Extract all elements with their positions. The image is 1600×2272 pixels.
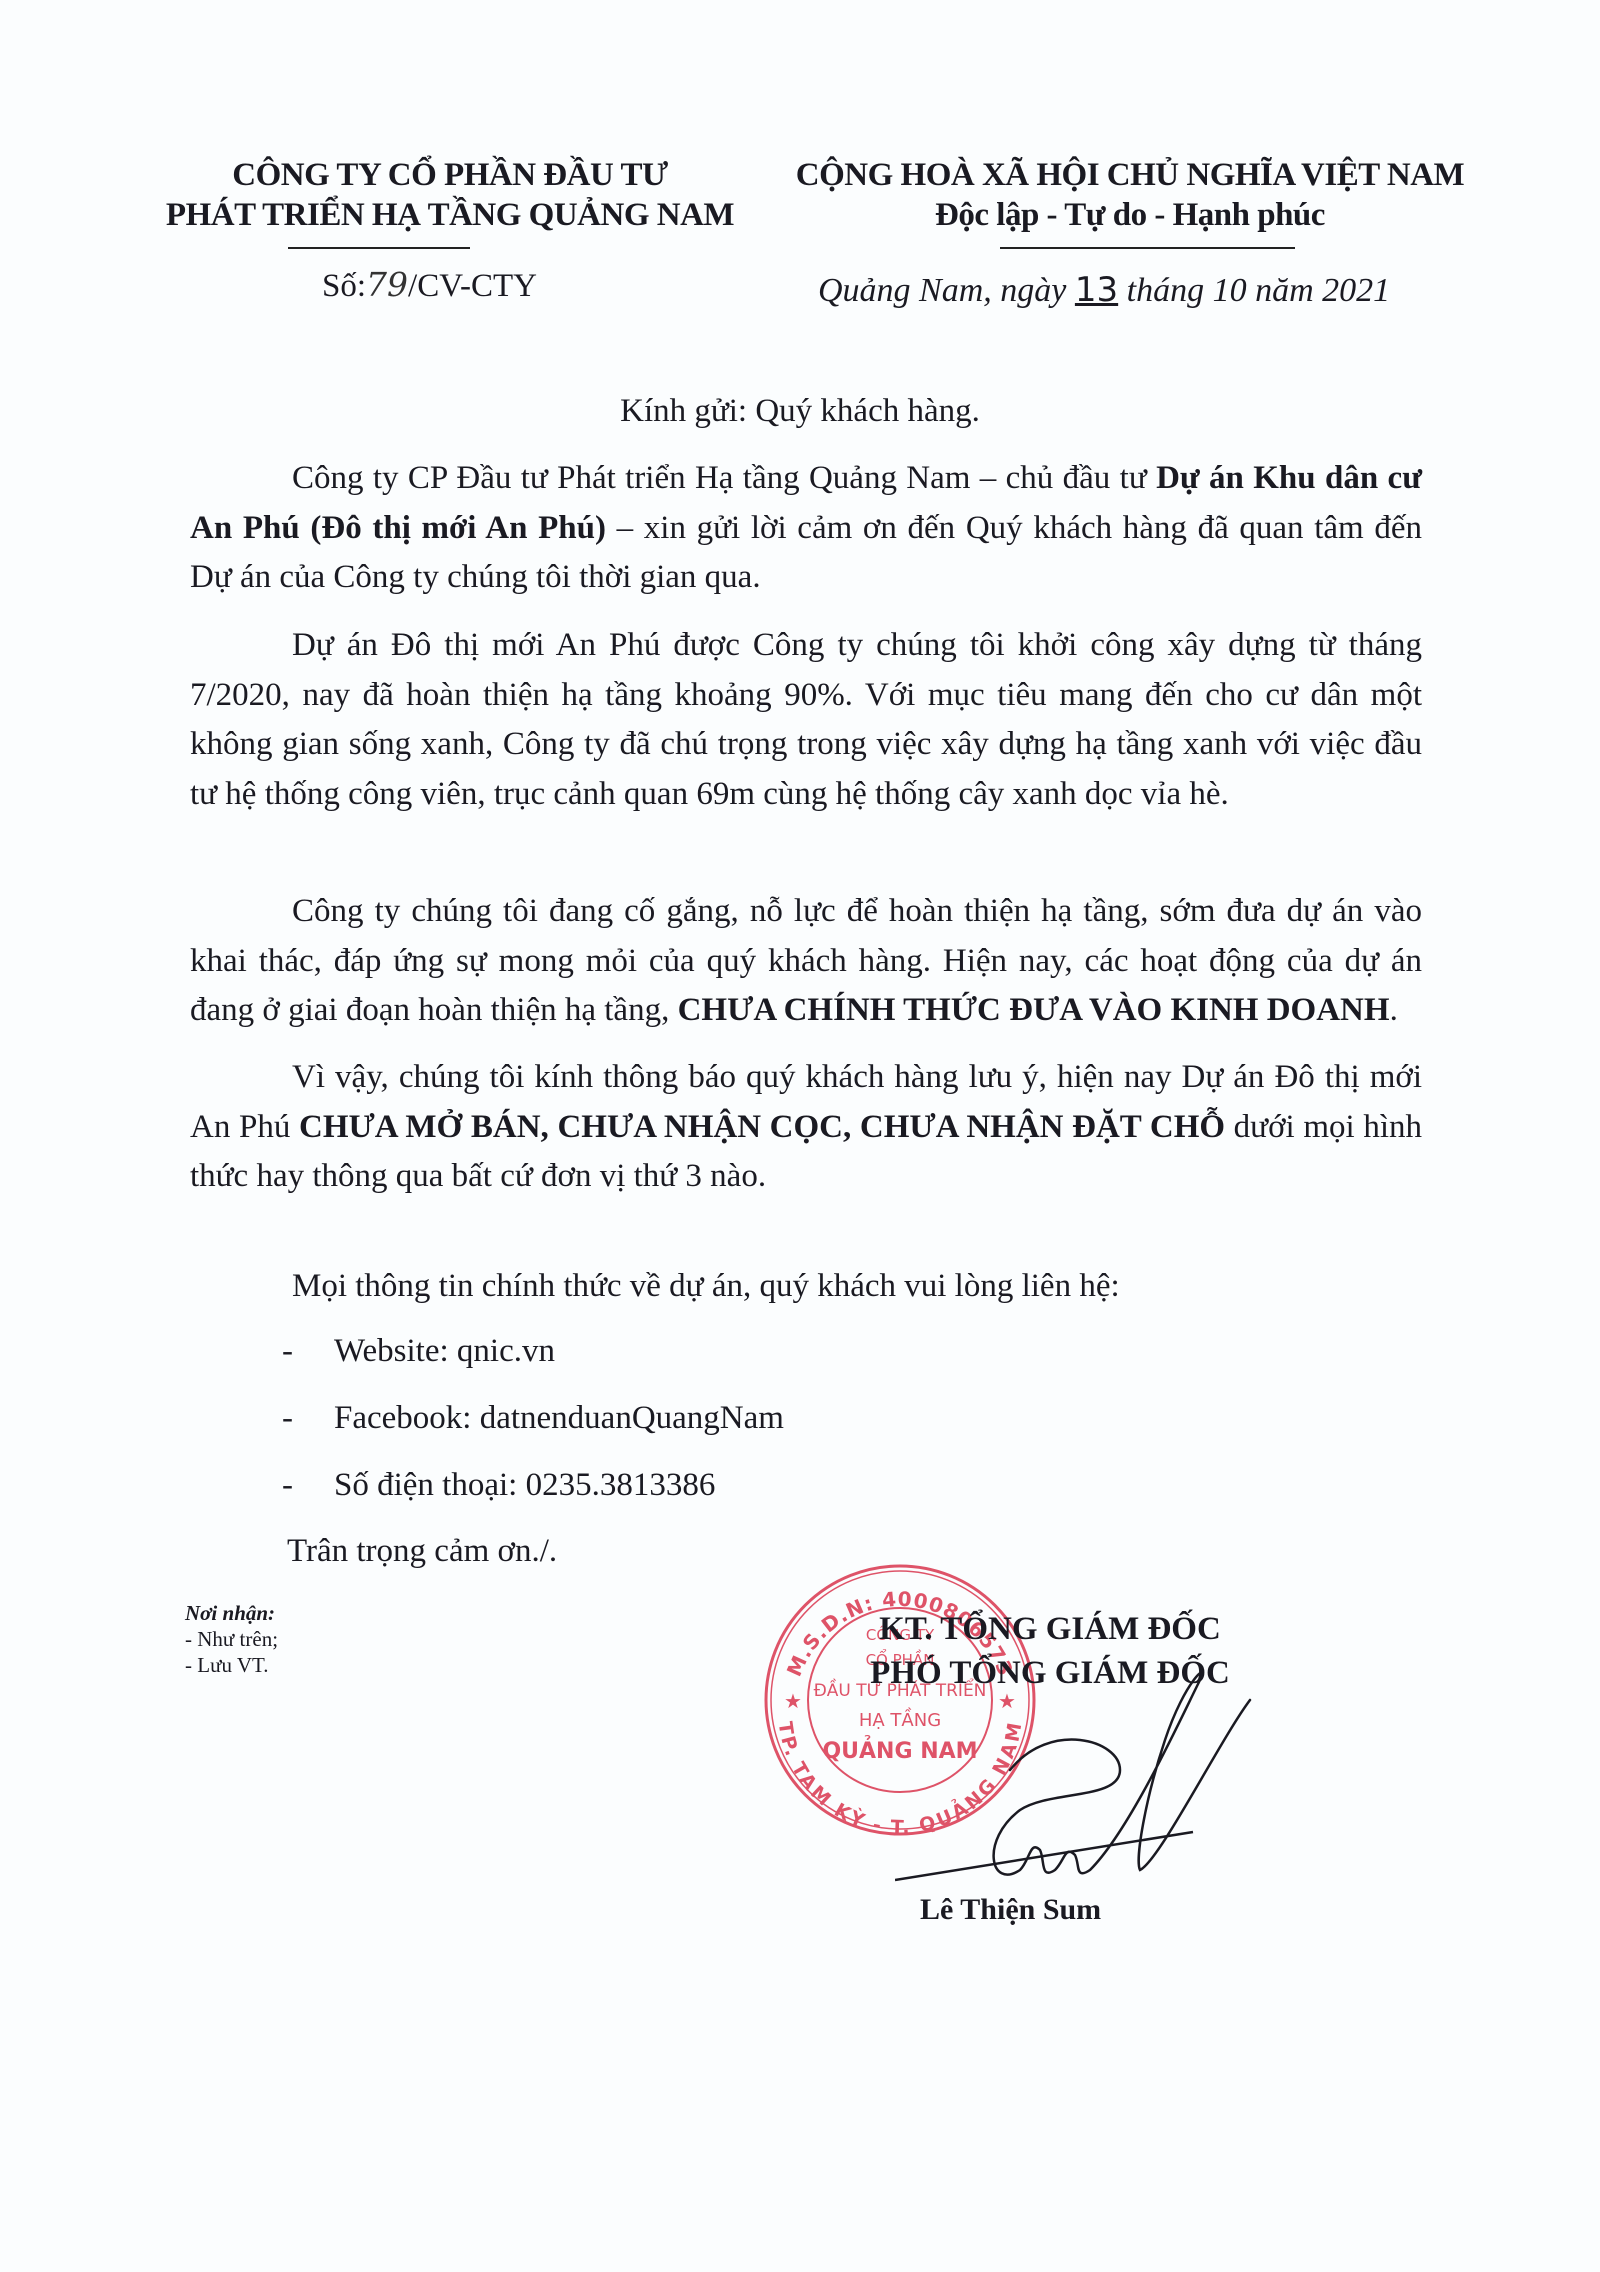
not-for-sale-notice: CHƯA MỞ BÁN, CHƯA NHẬN CỌC, CHƯA NHẬN ĐẶ… [299, 1109, 1225, 1145]
paragraph-4: Vì vậy, chúng tôi kính thông báo quý khá… [190, 1053, 1422, 1202]
company-header: CÔNG TY CỔ PHẦN ĐẦU TƯ PHÁT TRIỂN HẠ TẦN… [120, 155, 780, 235]
svg-text:★: ★ [784, 1689, 802, 1713]
svg-text:QUẢNG NAM: QUẢNG NAM [822, 1736, 977, 1764]
signature-underline [895, 1822, 1195, 1892]
contact-phone: -Số điện thoại: 0235.3813386 [282, 1467, 715, 1504]
contact-website: -Website: qnic.vn [282, 1333, 555, 1370]
document-number: Số:79/CV-CTY [322, 265, 537, 305]
contact-intro: Mọi thông tin chính thức về dự án, quý k… [292, 1268, 1120, 1305]
doc-number-suffix: /CV-CTY [408, 268, 537, 304]
date-suffix: tháng 10 năm 2021 [1118, 272, 1390, 309]
p3-text-c: . [1390, 992, 1398, 1028]
paragraph-1: Công ty CP Đầu tư Phát triển Hạ tầng Quả… [190, 454, 1422, 603]
facebook-text: Facebook: datnenduanQuangNam [334, 1400, 784, 1436]
company-name-line1: CÔNG TY CỔ PHẦN ĐẦU TƯ [120, 155, 780, 195]
p2-text: Dự án Đô thị mới An Phú được Công ty chú… [190, 621, 1422, 819]
national-header: CỘNG HOÀ XÃ HỘI CHỦ NGHĨA VIỆT NAM Độc l… [770, 155, 1490, 235]
doc-number-handwritten: 79 [366, 265, 408, 304]
paragraph-3: Công ty chúng tôi đang cố gắng, nỗ lực đ… [190, 887, 1422, 1036]
phone-text: Số điện thoại: 0235.3813386 [334, 1467, 715, 1503]
recipient-item: - Lưu VT. [185, 1652, 278, 1678]
date-day-handwritten: 13 [1075, 270, 1118, 310]
not-in-business-notice: CHƯA CHÍNH THỨC ĐƯA VÀO KINH DOANH [678, 992, 1390, 1028]
website-text: Website: qnic.vn [334, 1333, 555, 1369]
signature-title-line1: KT. TỔNG GIÁM ĐỐC [820, 1607, 1280, 1651]
doc-number-prefix: Số: [322, 268, 366, 304]
closing: Trân trọng cảm ơn./. [287, 1533, 557, 1570]
p1-text-a: Công ty CP Đầu tư Phát triển Hạ tầng Quả… [292, 460, 1156, 496]
bullet-dash: - [282, 1400, 334, 1437]
paragraph-2: Dự án Đô thị mới An Phú được Công ty chú… [190, 621, 1422, 819]
nation-motto: Độc lập - Tự do - Hạnh phúc [770, 195, 1490, 235]
nation-name: CỘNG HOÀ XÃ HỘI CHỦ NGHĨA VIỆT NAM [770, 155, 1490, 195]
company-name-line2: PHÁT TRIỂN HẠ TẦNG QUẢNG NAM [120, 195, 780, 235]
recipients-title: Nơi nhận: [185, 1600, 278, 1626]
bullet-dash: - [282, 1333, 334, 1370]
bullet-dash: - [282, 1467, 334, 1504]
motto-underline [1000, 247, 1295, 249]
greeting: Kính gửi: Quý khách hàng. [0, 393, 1600, 430]
date-prefix: Quảng Nam, ngày [818, 272, 1075, 309]
company-underline [288, 247, 470, 249]
contact-facebook: -Facebook: datnenduanQuangNam [282, 1400, 784, 1437]
document-date: Quảng Nam, ngày 13 tháng 10 năm 2021 [818, 270, 1390, 310]
svg-text:HẠ TẦNG: HẠ TẦNG [859, 1707, 941, 1731]
recipient-item: - Như trên; [185, 1626, 278, 1652]
recipients-block: Nơi nhận: - Như trên; - Lưu VT. [185, 1600, 278, 1678]
